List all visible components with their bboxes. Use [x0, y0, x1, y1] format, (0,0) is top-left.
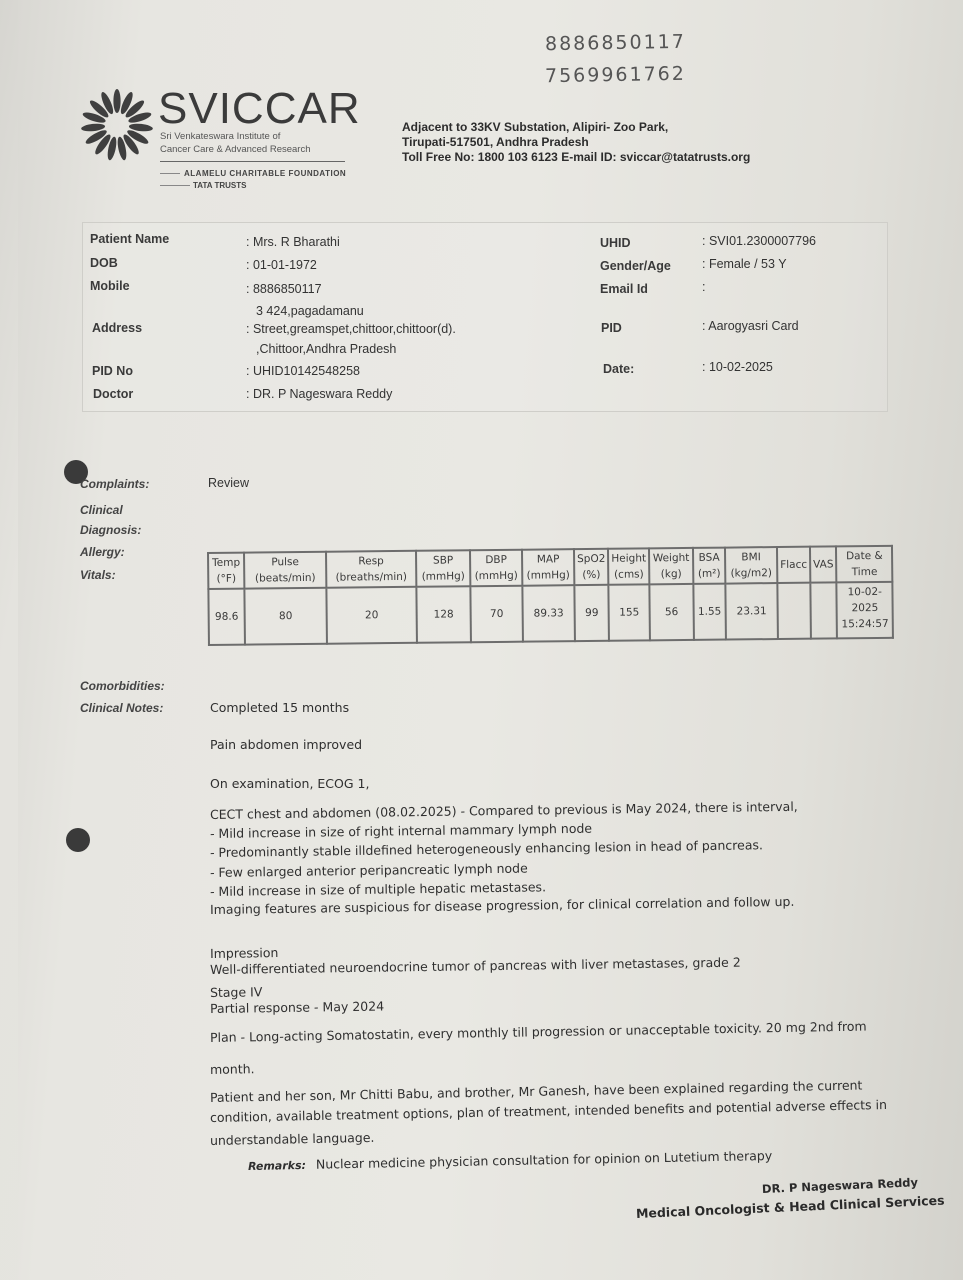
- diagnosis-label: Diagnosis:: [80, 523, 141, 537]
- trust-name: TATA TRUSTS: [193, 181, 246, 190]
- date-value: : 10-02-2025: [702, 360, 773, 374]
- vitals-bsa: 1.55: [693, 584, 726, 640]
- vitals-header-resp: Resp(breaths/min): [326, 551, 416, 588]
- vitals-table: Temp(°F) Pulse(beats/min) Resp(breaths/m…: [207, 545, 894, 646]
- note-pain: Pain abdomen improved: [210, 737, 362, 752]
- vitals-header-datetime: Date &Time: [836, 546, 892, 583]
- vitals-header-bmi: BMI(kg/m2): [725, 547, 777, 584]
- vitals-datetime: 10-02-202515:24:57: [837, 582, 894, 639]
- counsel-line-3: understandable language.: [210, 1130, 375, 1148]
- remarks-label: Remarks:: [248, 1159, 306, 1173]
- uhid-value: : SVI01.2300007796: [702, 234, 816, 248]
- mobile-label: Mobile: [90, 279, 130, 293]
- foundation-name: ALAMELU CHARITABLE FOUNDATION: [184, 169, 346, 178]
- vitals-map: 89.33: [522, 585, 575, 642]
- hospital-address: Adjacent to 33KV Substation, Alipiri- Zo…: [402, 120, 750, 165]
- vitals-header-weight: Weight(kg): [649, 548, 693, 584]
- brand-subtitle-1: Sri Venkateswara Institute of: [160, 131, 280, 142]
- flower-sunburst-icon: [78, 86, 156, 164]
- note-completed: Completed 15 months: [210, 700, 349, 715]
- comorbidities-label: Comorbidities:: [80, 679, 165, 693]
- uhid-label: UHID: [600, 236, 631, 250]
- pid-value: : Aarogyasri Card: [702, 319, 799, 333]
- vitals-bmi: 23.31: [725, 583, 778, 640]
- address-line-1: Adjacent to 33KV Substation, Alipiri- Zo…: [402, 120, 750, 135]
- vitals-sbp: 128: [416, 586, 471, 643]
- vitals-header-sbp: SBP(mmHg): [416, 550, 470, 587]
- vitals-temp: 98.6: [208, 589, 245, 645]
- vitals-label: Vitals:: [80, 568, 116, 582]
- vitals-header-flacc: Flacc: [777, 547, 810, 583]
- email-value: :: [702, 280, 705, 294]
- gender-age-label: Gender/Age: [600, 259, 671, 273]
- patient-name-label: Patient Name: [90, 232, 169, 246]
- brand-subtitle-2: Cancer Care & Advanced Research: [160, 144, 311, 155]
- complaints-value: Review: [208, 476, 249, 490]
- vitals-header-vas: VAS: [810, 546, 837, 582]
- plan-line-2: month.: [210, 1061, 255, 1077]
- impression-response: Partial response - May 2024: [210, 999, 384, 1016]
- vitals-header-map: MAP(mmHg): [522, 549, 574, 586]
- allergy-label: Allergy:: [80, 545, 125, 559]
- address-value-line-1: 3 424,pagadamanu: [256, 304, 364, 318]
- pid-no-value: : UHID10142548258: [246, 364, 360, 378]
- complaints-label: Complaints:: [80, 477, 149, 491]
- vitals-pulse: 80: [244, 588, 327, 645]
- doctor-value: : DR. P Nageswara Reddy: [246, 387, 392, 401]
- vitals-resp: 20: [326, 587, 417, 644]
- clinical-diagnosis-label: Clinical: [80, 503, 123, 517]
- vitals-spo2: 99: [574, 585, 609, 641]
- dob-value: : 01-01-1972: [246, 258, 317, 272]
- pid-no-label: PID No: [92, 364, 133, 378]
- doctor-label: Doctor: [93, 387, 133, 401]
- address-contact-line: Toll Free No: 1800 103 6123 E-mail ID: s…: [402, 150, 750, 165]
- hospital-logo: SVICCAR Sri Venkateswara Institute of Ca…: [78, 86, 348, 196]
- handwritten-phone-2: 7569961762: [545, 63, 686, 87]
- email-label: Email Id: [600, 282, 648, 296]
- clinical-notes-label: Clinical Notes:: [80, 701, 163, 715]
- divider: [160, 173, 180, 174]
- address-value-line-2: : Street,greamspet,chittoor,chittoor(d).: [246, 322, 456, 336]
- vitals-header-bsa: BSA(m²): [693, 548, 725, 584]
- vitals-header-spo2: SpO2(%): [574, 549, 609, 585]
- vitals-header-height: Height(cms): [608, 548, 649, 584]
- address-label: Address: [92, 321, 142, 335]
- date-label: Date:: [603, 362, 634, 376]
- vitals-header-pulse: Pulse(beats/min): [244, 552, 326, 589]
- mobile-value: : 8886850117: [246, 282, 322, 296]
- patient-name-value: : Mrs. R Bharathi: [246, 235, 340, 249]
- patient-info-box: [82, 222, 888, 412]
- impression-stage: Stage IV: [210, 984, 263, 1000]
- vitals-weight: 56: [649, 584, 694, 640]
- impression-title: Impression: [210, 945, 279, 961]
- punch-hole: [66, 828, 90, 852]
- address-value-line-3: ,Chittoor,Andhra Pradesh: [256, 342, 396, 356]
- vitals-header-dbp: DBP(mmHg): [470, 550, 522, 587]
- brand-name: SVICCAR: [158, 84, 361, 134]
- divider: [160, 185, 190, 186]
- divider: [160, 161, 345, 162]
- dob-label: DOB: [90, 256, 118, 270]
- vitals-dbp: 70: [470, 586, 523, 643]
- vitals-header-temp: Temp(°F): [208, 553, 244, 589]
- vitals-value-row: 98.6 80 20 128 70 89.33 99 155 56 1.55 2…: [208, 582, 893, 645]
- pid-label: PID: [601, 321, 622, 335]
- vitals-flacc: [777, 583, 811, 639]
- vitals-height: 155: [609, 584, 650, 640]
- gender-age-value: : Female / 53 Y: [702, 257, 787, 271]
- vitals-vas: [810, 582, 837, 638]
- address-line-2: Tirupati-517501, Andhra Pradesh: [402, 135, 750, 150]
- note-ecog: On examination, ECOG 1,: [210, 776, 369, 791]
- handwritten-phone-1: 8886850117: [545, 31, 686, 55]
